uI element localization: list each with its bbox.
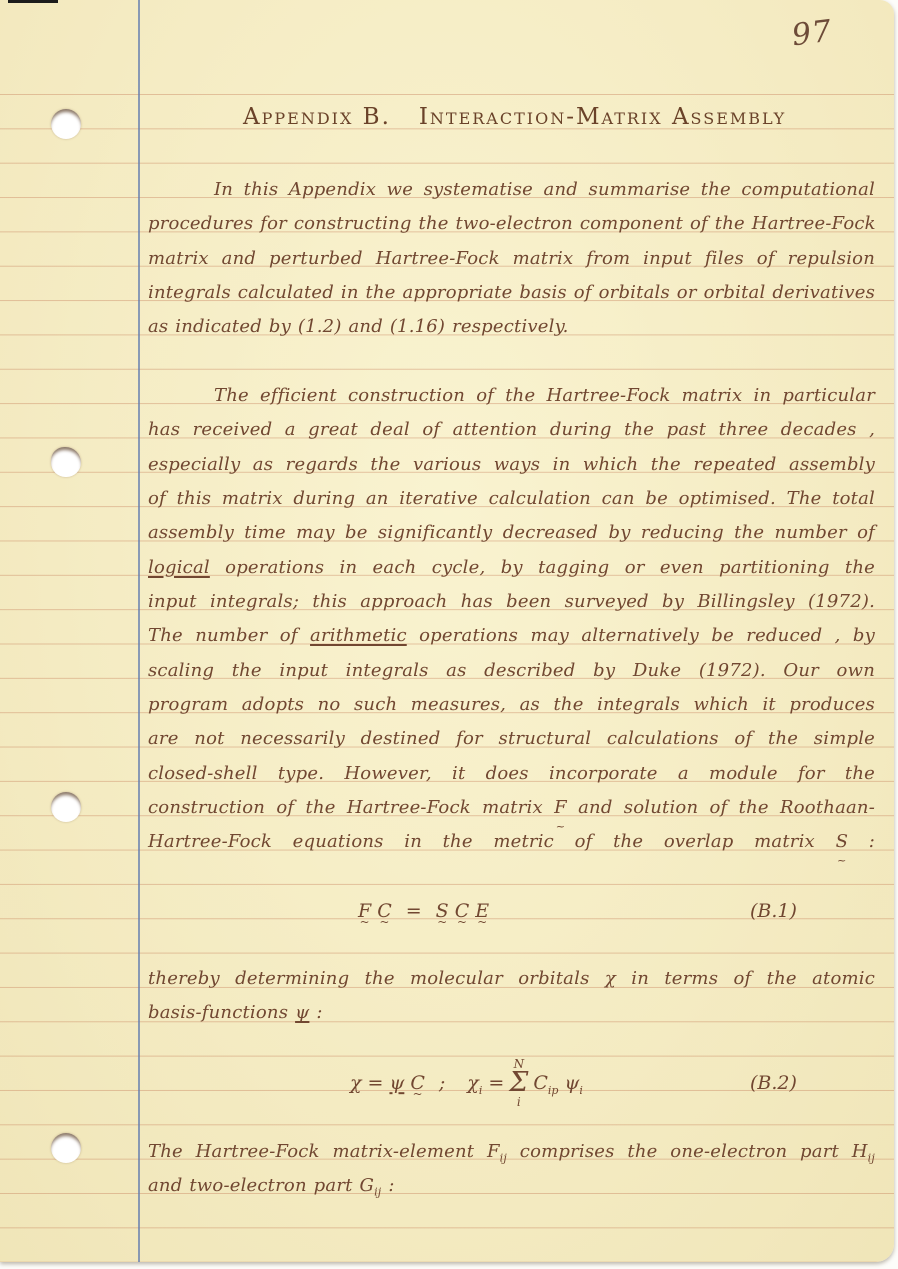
chi-symbol: χ [350,1072,362,1094]
subscript: i [579,1084,583,1097]
text-line: of this matrix during an iterative calcu… [148,482,875,516]
text-segment: basis-functions [148,1002,295,1023]
text-line: as indicated by (1.2) and (1.16) respect… [148,310,875,344]
text-line: especially as regards the various ways i… [148,448,875,482]
matrix-underline-tilde: ~ [837,855,847,866]
text-segment: operations may alternatively be reduced … [407,625,875,646]
scan-artifact [8,0,58,3]
subscript: ij [500,1152,507,1165]
scanned-notebook-page: 97 Appendix B. Interaction-Matrix Assemb… [0,0,898,1269]
text-line: has received a great deal of attention d… [148,413,875,447]
text-line: assembly time may be significantly decre… [148,516,875,550]
text-line: input integrals; this approach has been … [148,585,875,619]
text-segment: thereby determining the molecular orbita… [148,968,605,989]
paragraph-intro: In this Appendix we systematise and summ… [148,173,875,345]
paragraph-assembly: The efficient construction of the Hartre… [148,379,875,860]
text-segment: construction of the Hartree-Fock matrix [148,797,554,818]
equation-label: (B.2) [750,1072,797,1094]
paragraph-orbitals: thereby determining the molecular orbita… [148,962,875,1031]
equals-sign: = [406,900,422,922]
text-segment: in terms of the atomic [616,968,875,989]
semicolon: ; [439,1072,445,1094]
text-segment: : [381,1175,394,1196]
text-segment: : [848,831,875,852]
punch-hole [51,109,81,139]
matrix-underline-tilde: ~ [380,917,390,929]
matrix-underline-tilde: ~ [437,917,447,929]
coefficient-letter: C [533,1072,548,1094]
text-segment: and two-electron part G [148,1175,374,1196]
text-segment: The Hartree-Fock matrix-element F [148,1141,500,1162]
matrix-underline-tilde: ~ [556,821,566,832]
underlined-word: arithmetic [310,625,407,646]
text-segment: and solution of the Roothaan- [567,797,875,818]
text-line: Hartree-Fock equations in the metric of … [148,825,875,859]
sum-lower-limit: i [517,1096,521,1108]
psi-letter: ψ [564,1072,579,1094]
matrix-symbol-S: S~ [836,825,849,859]
equation-b1-body: F~ C~ = S~ C~ E~ [358,900,489,922]
psi-symbol: ψ [295,1002,309,1023]
text-line: The efficient construction of the Hartre… [148,379,875,413]
text-line: scaling the input integrals as described… [148,654,875,688]
underlined-word: logical [148,557,210,578]
subscript: ip [548,1084,559,1097]
summation-symbol: N Σ i [509,1058,528,1108]
text-line: basis-functions ψ : [148,996,875,1030]
appendix-heading: Appendix B. Interaction-Matrix Assembly [243,104,786,130]
text-segment: The number of [148,625,310,646]
subscript: i [479,1084,483,1097]
text-line: construction of the Hartree-Fock matrix … [148,791,875,825]
matrix-letter: F [554,797,567,818]
matrix-symbol-C: C~ [377,900,392,922]
equation-label: (B.1) [750,900,797,922]
text-line: In this Appendix we systematise and summ… [148,173,875,207]
chi-letter: χ [467,1072,479,1094]
equation-b1: F~ C~ = S~ C~ E~ (B.1) [148,894,875,928]
text-line: thereby determining the molecular orbita… [148,962,875,996]
subscript: ij [868,1152,875,1165]
text-line: closed-shell type. However, it does inco… [148,757,875,791]
paper-sheet: 97 Appendix B. Interaction-Matrix Assemb… [0,0,894,1262]
equation-b2: χ = ψ C~ ; χi = N Σ i Cip ψi (B.2) [148,1066,875,1100]
equals-sign: = [488,1072,504,1094]
punch-hole [51,792,81,822]
text-segment: comprises the one-electron part H [507,1141,868,1162]
matrix-symbol-E: E~ [475,900,489,922]
text-segment: : [309,1002,322,1023]
text-line: The number of arithmetic operations may … [148,619,875,653]
basis-term: ψi [564,1072,582,1094]
punch-hole [51,447,81,477]
paragraph-fock-element: The Hartree-Fock matrix-element Fij comp… [148,1135,875,1204]
chi-i-symbol: χi [467,1072,482,1094]
text-line: and two-electron part Gij : [148,1169,875,1203]
sigma-icon: Σ [509,1070,528,1096]
text-segment: Hartree-Fock equations in the metric of … [148,831,836,852]
text-line: logical operations in each cycle, by tag… [148,551,875,585]
margin-line [138,0,140,1262]
punch-hole [51,1133,81,1163]
equation-b2-body: χ = ψ C~ ; χi = N Σ i Cip ψi [350,1058,583,1108]
coefficient-term: Cip [533,1072,558,1094]
text-segment: operations in each cycle, by tagging or … [210,557,875,578]
matrix-letter: S [836,831,849,852]
matrix-symbol-S: S~ [436,900,449,922]
psi-symbol: ψ [389,1072,404,1094]
text-line: matrix and perturbed Hartree-Fock matrix… [148,242,875,276]
matrix-symbol-C: C~ [455,900,470,922]
matrix-symbol-F: F~ [554,791,567,825]
matrix-symbol-F: F~ [358,900,371,922]
text-line: integrals calculated in the appropriate … [148,276,875,310]
matrix-underline-tilde: ~ [457,917,467,929]
text-line: The Hartree-Fock matrix-element Fij comp… [148,1135,875,1169]
page-number: 97 [790,14,834,54]
matrix-underline-tilde: ~ [360,917,370,929]
chi-symbol: χ [605,968,616,989]
text-line: are not necessarily destined for structu… [148,722,875,756]
equals-sign: = [368,1072,384,1094]
matrix-symbol-C: C~ [410,1072,425,1094]
matrix-underline-tilde: ~ [477,917,487,929]
text-line: program adopts no such measures, as the … [148,688,875,722]
matrix-underline-tilde: ~ [413,1089,423,1101]
text-line: procedures for constructing the two-elec… [148,207,875,241]
